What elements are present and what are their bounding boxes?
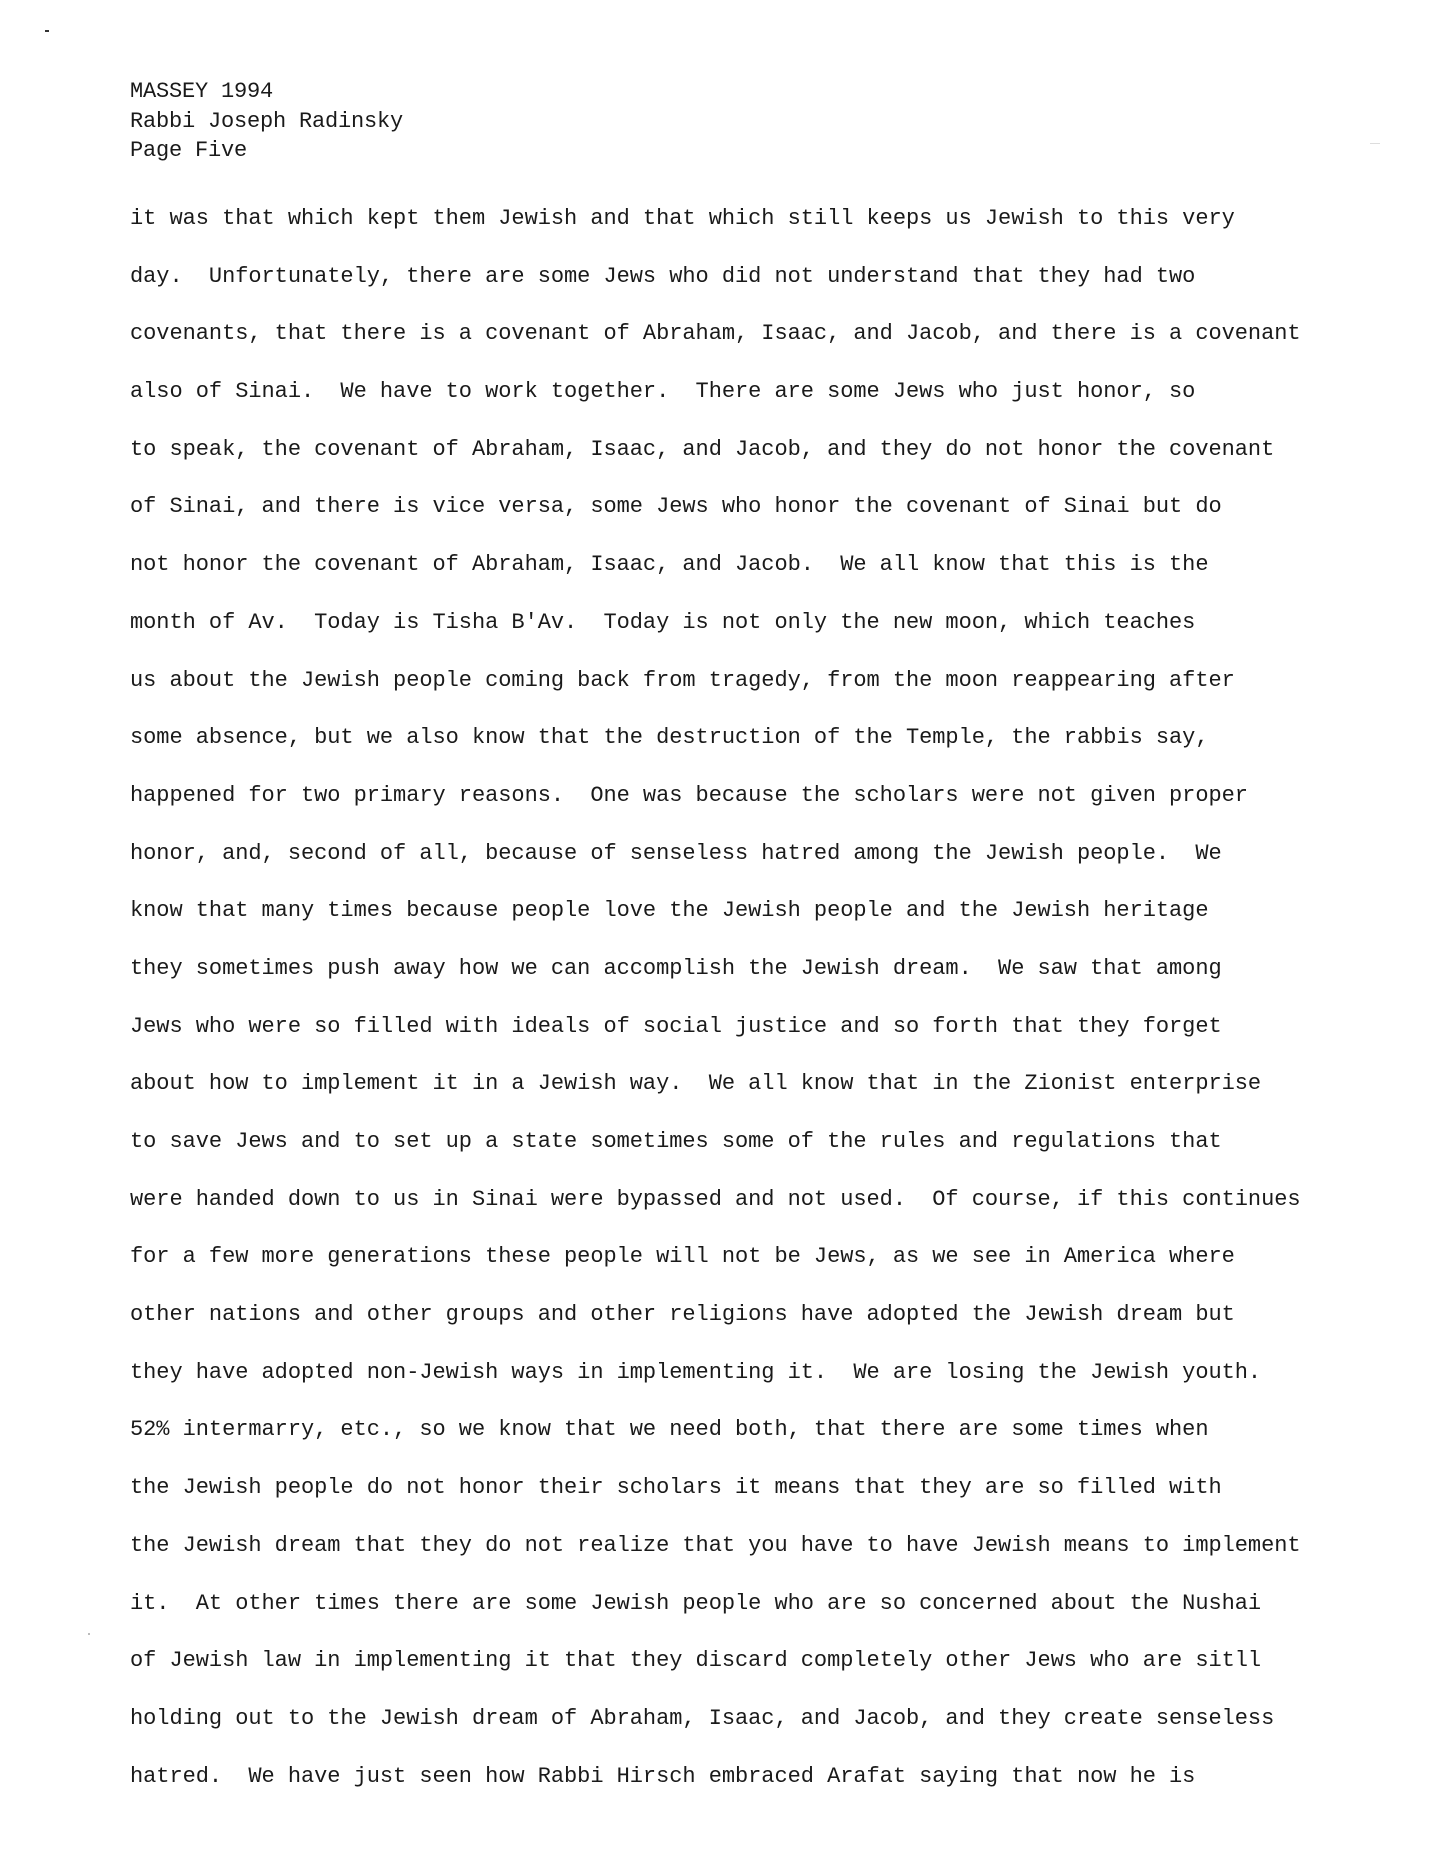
scan-speck <box>88 1633 90 1635</box>
header-page-number: Page Five <box>130 136 403 166</box>
text-line: 52% intermarry, etc., so we know that we… <box>130 1401 1301 1459</box>
text-line: holding out to the Jewish dream of Abrah… <box>130 1690 1301 1748</box>
text-line: to speak, the covenant of Abraham, Isaac… <box>130 421 1301 479</box>
text-line: the Jewish dream that they do not realiz… <box>130 1517 1301 1575</box>
text-line: other nations and other groups and other… <box>130 1286 1301 1344</box>
text-line: happened for two primary reasons. One wa… <box>130 767 1301 825</box>
document-page: MASSEY 1994 Rabbi Joseph Radinsky Page F… <box>0 0 1430 1851</box>
text-line: day. Unfortunately, there are some Jews … <box>130 248 1301 306</box>
text-line: they have adopted non-Jewish ways in imp… <box>130 1344 1301 1402</box>
text-line: honor, and, second of all, because of se… <box>130 825 1301 883</box>
text-line: covenants, that there is a covenant of A… <box>130 305 1301 363</box>
text-line: Jews who were so filled with ideals of s… <box>130 998 1301 1056</box>
text-line: know that many times because people love… <box>130 882 1301 940</box>
text-line: about how to implement it in a Jewish wa… <box>130 1055 1301 1113</box>
document-header: MASSEY 1994 Rabbi Joseph Radinsky Page F… <box>130 77 403 166</box>
text-line: of Jewish law in implementing it that th… <box>130 1632 1301 1690</box>
text-line: also of Sinai. We have to work together.… <box>130 363 1301 421</box>
text-line: it was that which kept them Jewish and t… <box>130 190 1301 248</box>
text-line: to save Jews and to set up a state somet… <box>130 1113 1301 1171</box>
text-line: not honor the covenant of Abraham, Isaac… <box>130 536 1301 594</box>
text-line: us about the Jewish people coming back f… <box>130 652 1301 710</box>
text-line: they sometimes push away how we can acco… <box>130 940 1301 998</box>
text-line: hatred. We have just seen how Rabbi Hirs… <box>130 1748 1301 1806</box>
header-author: Rabbi Joseph Radinsky <box>130 107 403 137</box>
document-body: it was that which kept them Jewish and t… <box>130 190 1301 1805</box>
scan-speck <box>1370 143 1380 144</box>
text-line: some absence, but we also know that the … <box>130 709 1301 767</box>
scan-speck <box>45 30 49 32</box>
text-line: were handed down to us in Sinai were byp… <box>130 1171 1301 1229</box>
text-line: it. At other times there are some Jewish… <box>130 1575 1301 1633</box>
text-line: for a few more generations these people … <box>130 1228 1301 1286</box>
header-title: MASSEY 1994 <box>130 77 403 107</box>
text-line: month of Av. Today is Tisha B'Av. Today … <box>130 594 1301 652</box>
text-line: of Sinai, and there is vice versa, some … <box>130 478 1301 536</box>
text-line: the Jewish people do not honor their sch… <box>130 1459 1301 1517</box>
